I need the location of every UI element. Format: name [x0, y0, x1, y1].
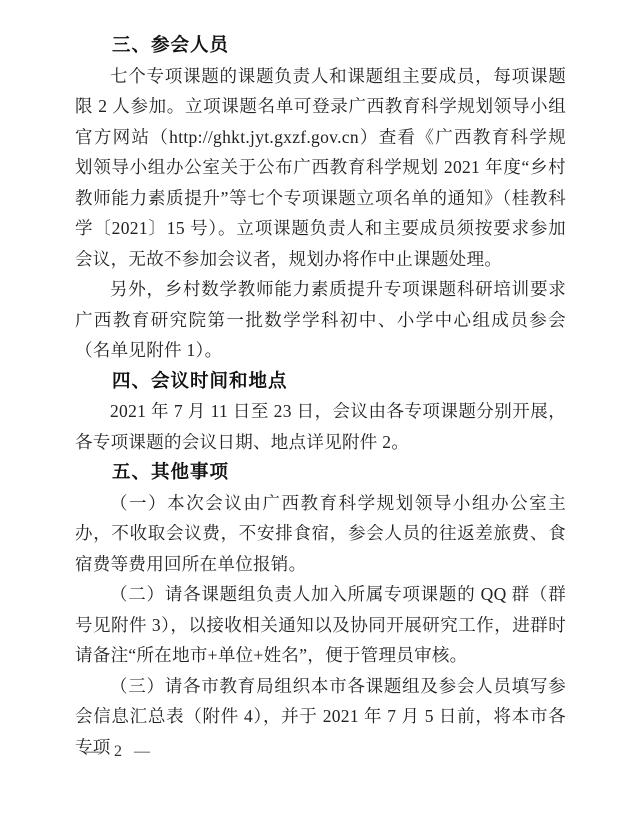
- section-heading-time-location: 四、会议时间和地点: [75, 366, 566, 397]
- page-number: — 2 —: [86, 742, 154, 762]
- paragraph: 七个专项课题的课题负责人和课题组主要成员，每项课题限 2 人参加。立项课题名单可…: [75, 61, 566, 275]
- paragraph: 2021 年 7 月 11 日至 23 日，会议由各专项课题分别开展，各专项课题…: [75, 396, 566, 457]
- document-page: 三、参会人员 七个专项课题的课题负责人和课题组主要成员，每项课题限 2 人参加。…: [0, 0, 636, 820]
- section-heading-other-matters: 五、其他事项: [75, 457, 566, 488]
- section-heading-participants: 三、参会人员: [75, 30, 566, 61]
- document-body: 三、参会人员 七个专项课题的课题负责人和课题组主要成员，每项课题限 2 人参加。…: [75, 30, 566, 762]
- paragraph: （一）本次会议由广西教育科学规划领导小组办公室主办，不收取会议费，不安排食宿，参…: [75, 488, 566, 580]
- paragraph: （二）请各课题组负责人加入所属专项课题的 QQ 群（群号见附件 3），以接收相关…: [75, 579, 566, 671]
- paragraph: 另外，乡村数学教师能力素质提升专项课题科研培训要求广西教育研究院第一批数学学科初…: [75, 274, 566, 366]
